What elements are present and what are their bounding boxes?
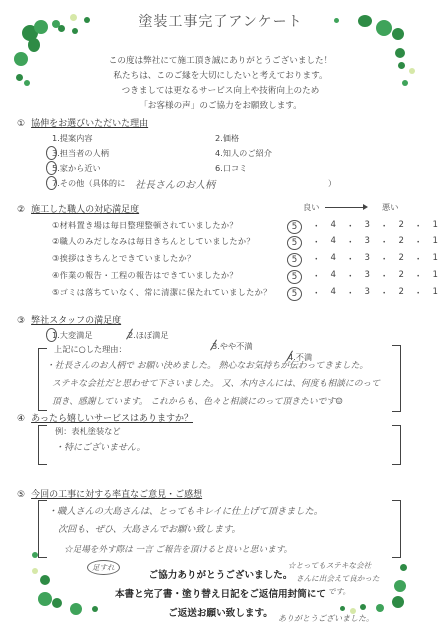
s2-rating-3[interactable]: 5・4・3・2・1 bbox=[290, 253, 438, 267]
s5-side-note-1[interactable]: ☆とってもステキな会社 bbox=[288, 560, 371, 571]
s3-option-2[interactable]: 2.ほぼ満足 bbox=[128, 330, 441, 341]
s3-option-1-circled[interactable]: 1.大変満足 bbox=[52, 330, 93, 341]
s5-comment-line-1[interactable]: ・職人さんの大島さんは、とってもキレイに仕上げて頂きました。 bbox=[48, 503, 323, 517]
page-title: 塗装工事完了アンケート bbox=[0, 11, 441, 31]
s1-other-handwritten[interactable]: 社長さんのお人柄 bbox=[135, 176, 215, 191]
section-number: ④ bbox=[17, 414, 25, 424]
rating-5-circled[interactable]: 5 bbox=[287, 236, 302, 250]
s3-reason-line-3[interactable]: 頂き、感謝しています。 これからも、色々と相談にのって頂きたいです☺ bbox=[52, 394, 343, 407]
s5-side-note-2[interactable]: さんに出会えて良かった bbox=[296, 573, 380, 584]
intro-line-3: つきましては更なるサービス向上や技術向上のため bbox=[0, 84, 441, 96]
s1-option-1[interactable]: 1.提案内容 bbox=[52, 133, 93, 144]
s5-bracket-left bbox=[38, 500, 47, 558]
rating-5-circled[interactable]: 5 bbox=[287, 270, 302, 284]
section-number: ① bbox=[17, 119, 25, 129]
section-5-heading: ⑤今回の工事に対する率直なご意見・ご感想 bbox=[17, 487, 202, 500]
intro-line-4: 「お客様の声」のご協力をお願致します。 bbox=[0, 99, 441, 111]
s4-bracket-right bbox=[392, 425, 401, 465]
s1-option-6[interactable]: 6.口コミ bbox=[215, 163, 247, 174]
intro-line-1: この度は弊社にて施工頂き誠にありがとうございました！ bbox=[0, 54, 441, 66]
arrow-right-icon bbox=[363, 204, 368, 210]
section-label: 協伸をお選びいただいた理由 bbox=[31, 119, 148, 129]
s2-rating-2[interactable]: 5・4・3・2・1 bbox=[290, 236, 438, 250]
s3-bracket-right bbox=[392, 345, 401, 412]
section-number: ② bbox=[17, 205, 25, 215]
rating-5-circled[interactable]: 5 bbox=[287, 287, 302, 301]
s2-question-1: ①材料置き場は毎日整理整頓されていましたか？ bbox=[52, 220, 238, 231]
s4-bracket-left bbox=[38, 425, 47, 465]
scale-bad-label: 悪い bbox=[382, 202, 398, 213]
s2-rating-1[interactable]: 5・4・3・2・1 bbox=[290, 220, 438, 234]
s2-rating-5[interactable]: 5・4・3・2・1 bbox=[290, 287, 438, 301]
s2-question-5: ⑤ゴミは落ちていなく、常に清潔に保たれていましたか？ bbox=[52, 287, 272, 298]
s2-question-4: ④作業の報告・工程の報告はできていましたか？ bbox=[52, 270, 238, 281]
s5-side-note-3[interactable]: です。 bbox=[328, 586, 350, 597]
section-1-heading: ①協伸をお選びいただいた理由 bbox=[17, 116, 148, 129]
section-2-heading: ②施工した職人の対応満足度 bbox=[17, 202, 139, 215]
s1-option-4[interactable]: 4.知人のご紹介 bbox=[215, 148, 272, 159]
s5-bracket-right bbox=[392, 500, 401, 558]
section-3-heading: ③弊社スタッフの満足度 bbox=[17, 313, 121, 326]
section-label: あったら嬉しいサービスはありますか？ bbox=[31, 414, 193, 424]
s2-question-2: ②職人のみだしなみは毎日きちんとしていましたか？ bbox=[52, 236, 255, 247]
s3-reason-line-2[interactable]: ステキな会社だと思わせて下さいました。 又、木内さんには、何度も相談にのって bbox=[52, 376, 380, 389]
s1-other-close-paren: ） bbox=[328, 178, 336, 189]
circle-mark bbox=[46, 161, 57, 175]
s5-bottom-note[interactable]: ありがとうございました。 bbox=[278, 613, 374, 623]
s2-rating-4[interactable]: 5・4・3・2・1 bbox=[290, 270, 438, 284]
closing-line-2: 本書と完了書・塗り替え日記をご返信用封筒にて bbox=[0, 586, 441, 600]
s1-option-3-circled[interactable]: 3.担当者の人柄 bbox=[52, 148, 109, 159]
section-label: 今回の工事に対する率直なご意見・ご感想 bbox=[31, 490, 202, 500]
section-label: 弊社スタッフの満足度 bbox=[31, 316, 121, 326]
s4-example: 例：表札塗装など bbox=[55, 426, 121, 437]
s1-option-2[interactable]: 2.価格 bbox=[215, 133, 239, 144]
s1-option-7-circled[interactable]: 7.その他（具体的に bbox=[52, 178, 125, 189]
s5-comment-line-2[interactable]: 次回も、ぜひ、大島さんでお願い致します。 bbox=[58, 521, 241, 535]
section-number: ⑤ bbox=[17, 490, 25, 500]
s4-answer-handwritten[interactable]: ・特にございません。 bbox=[55, 440, 146, 453]
scale-good-label: 良い bbox=[303, 202, 319, 213]
s3-option-3[interactable]: 3.やや不満 bbox=[212, 341, 441, 352]
closing-line-3: ご返送お願い致します。 bbox=[0, 605, 441, 619]
s1-option-5-circled[interactable]: 5.家から近い bbox=[52, 163, 101, 174]
circle-mark bbox=[46, 176, 57, 190]
s2-question-3: ③挨拶はきちんとできていましたか？ bbox=[52, 253, 195, 264]
circle-mark bbox=[46, 146, 57, 160]
rating-5-circled[interactable]: 5 bbox=[287, 220, 302, 234]
circle-mark bbox=[46, 328, 57, 342]
s3-reason-line-1[interactable]: ・社長さんのお人柄で お願い決めました。 熱心なお気持ちが伝わってきました。 bbox=[46, 358, 368, 371]
scale-arrow-line bbox=[325, 207, 365, 208]
section-number: ③ bbox=[17, 316, 25, 326]
section-label: 施工した職人の対応満足度 bbox=[31, 205, 139, 215]
s3-reason-label: 上記に○した理由： bbox=[52, 344, 129, 355]
s5-comment-line-3[interactable]: ☆足場を外す際は 一言 ご報告を頂けると良いと思います。 bbox=[64, 543, 292, 555]
section-4-heading: ④あったら嬉しいサービスはありますか？ bbox=[17, 411, 193, 424]
intro-line-2: 私たちは、このご縁を大切にしたいと考えております。 bbox=[0, 69, 441, 81]
rating-5-circled[interactable]: 5 bbox=[287, 253, 302, 267]
